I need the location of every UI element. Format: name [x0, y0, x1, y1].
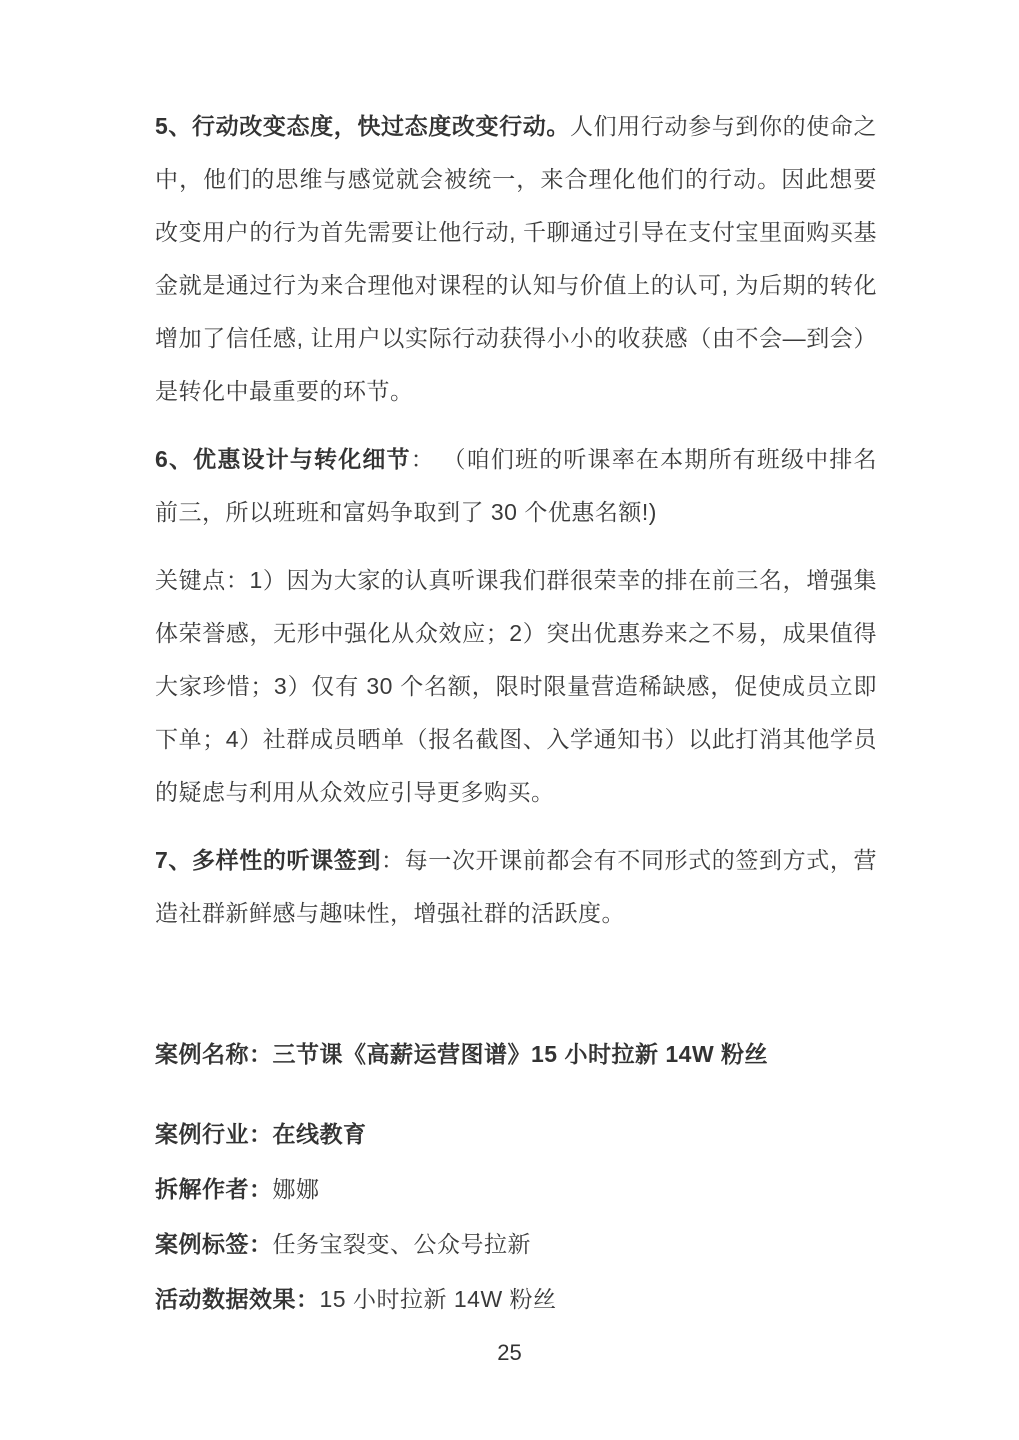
- case-field-results-value: 15 小时拉新 14W 粉丝: [320, 1286, 557, 1312]
- paragraph-section-6: 6、优惠设计与转化细节： （咱们班的听课率在本期所有班级中排名前三，所以班班和富…: [155, 433, 877, 539]
- case-field-results: 活动数据效果：15 小时拉新 14W 粉丝: [155, 1273, 877, 1326]
- case-title: 案例名称：三节课《高薪运营图谱》15 小时拉新 14W 粉丝: [155, 1028, 877, 1081]
- page-number: 25: [0, 1340, 1019, 1366]
- case-title-label: 案例名称：: [155, 1041, 273, 1067]
- case-field-tags-label: 案例标签：: [155, 1231, 273, 1257]
- case-field-industry-label: 案例行业：: [155, 1121, 273, 1147]
- section-7-heading: 7、多样性的听课签到: [155, 847, 381, 873]
- case-title-value: 三节课《高薪运营图谱》15 小时拉新 14W 粉丝: [273, 1041, 769, 1067]
- case-field-author-value: 娜娜: [273, 1176, 320, 1202]
- paragraph-section-7: 7、多样性的听课签到：每一次开课前都会有不同形式的签到方式，营造社群新鲜感与趣味…: [155, 834, 877, 940]
- case-field-industry-value: 在线教育: [273, 1121, 367, 1147]
- key-points-body: 关键点：1）因为大家的认真听课我们群很荣幸的排在前三名，增强集体荣誉感，无形中强…: [155, 567, 877, 805]
- case-field-tags: 案例标签：任务宝裂变、公众号拉新: [155, 1218, 877, 1271]
- paragraph-key-points: 关键点：1）因为大家的认真听课我们群很荣幸的排在前三名，增强集体荣誉感，无形中强…: [155, 554, 877, 819]
- case-field-tags-value: 任务宝裂变、公众号拉新: [273, 1231, 532, 1257]
- case-field-results-label: 活动数据效果：: [155, 1286, 320, 1312]
- section-5-body: 人们用行动参与到你的使命之中，他们的思维与感觉就会被统一，来合理化他们的行动。因…: [155, 113, 877, 404]
- case-field-author-label: 拆解作者：: [155, 1176, 273, 1202]
- case-field-author: 拆解作者：娜娜: [155, 1163, 877, 1216]
- section-5-heading: 5、行动改变态度，快过态度改变行动。: [155, 113, 570, 139]
- case-field-industry: 案例行业：在线教育: [155, 1108, 877, 1161]
- paragraph-section-5: 5、行动改变态度，快过态度改变行动。人们用行动参与到你的使命之中，他们的思维与感…: [155, 100, 877, 418]
- section-6-heading: 6、优惠设计与转化细节: [155, 446, 411, 472]
- document-content: 5、行动改变态度，快过态度改变行动。人们用行动参与到你的使命之中，他们的思维与感…: [155, 100, 877, 1328]
- document-page: 5、行动改变态度，快过态度改变行动。人们用行动参与到你的使命之中，他们的思维与感…: [0, 0, 1019, 1440]
